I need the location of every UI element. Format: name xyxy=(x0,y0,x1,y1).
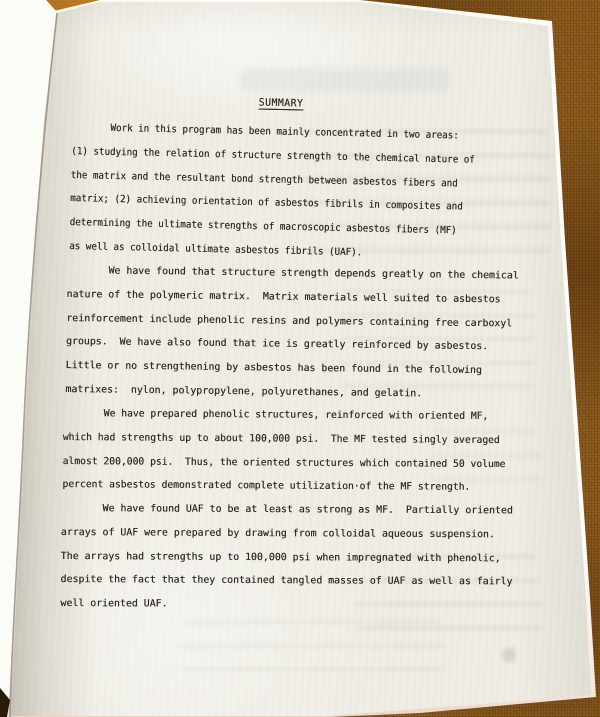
text-line: almost 200,000 psi. Thus, the oriented s… xyxy=(63,449,533,476)
text-line: percent asbestos demonstrated complete u… xyxy=(62,473,532,500)
paragraph-2: We have found that structure strength de… xyxy=(65,259,542,408)
paragraph-1: Work in this program has been mainly con… xyxy=(69,116,509,268)
text-line: We have found UAF to be at least as stro… xyxy=(61,497,542,523)
text-line: despite the fact that they contained tan… xyxy=(61,568,542,594)
text-line: We have prepared phenolic structures, re… xyxy=(63,402,533,429)
document-text: SUMMARY Work in this program has been ma… xyxy=(72,92,542,616)
summary-heading: SUMMARY xyxy=(58,87,505,120)
text-line: which had strengths up to about 100,000 … xyxy=(63,425,533,452)
text-line: arrays of UAF were prepared by drawing f… xyxy=(61,521,542,547)
paragraph-4: We have found UAF to be at least as stro… xyxy=(60,497,542,619)
paragraph-3: We have prepared phenolic structures, re… xyxy=(62,402,532,500)
text-line: The arrays had strengths up to 100,000 p… xyxy=(61,544,542,570)
text-line: well oriented UAF. xyxy=(60,592,541,618)
summary-heading-label: SUMMARY xyxy=(259,98,304,110)
